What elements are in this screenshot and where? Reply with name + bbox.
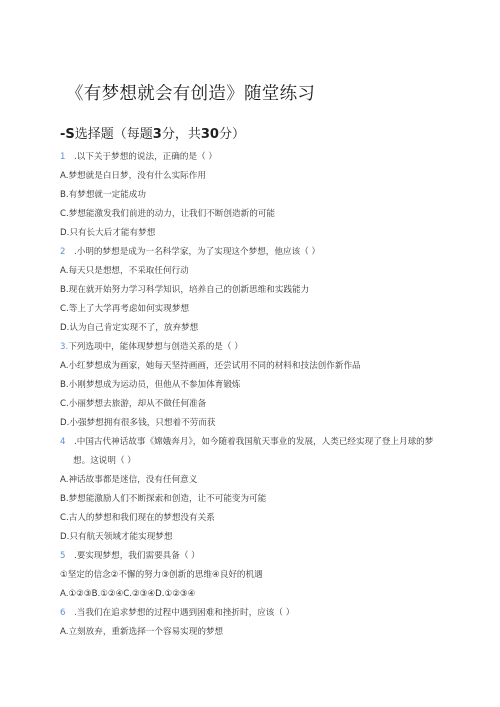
question-4-option-c: C.古人的梦想和我们现在的梦想没有关系: [60, 512, 215, 524]
question-text: .小明的梦想是成为一名科学家，为了实现这个梦想，他应该（ ）: [74, 247, 320, 257]
question-number: 6: [60, 607, 74, 619]
section-points-total: 30: [201, 127, 219, 142]
question-3-option-d: D.小强梦想拥有很多钱，只想着不劳而获: [60, 417, 215, 429]
question-4-stem: 4.中国古代神话故事《嫦娥奔月》，如今随着我国航天事业的发展，人类已经实现了登上…: [60, 436, 433, 448]
question-1-option-c: C.梦想能激发我们前进的动力，让我们不断创造新的可能: [60, 208, 275, 220]
question-5-stem: 5.要实现梦想，我们需要具备（ ）: [60, 550, 200, 562]
question-4-option-b: B.梦想能激励人们不断探索和创造，让不可能变为可能: [60, 493, 266, 505]
document-title: 《有梦想就会有创造》随堂练习: [66, 80, 315, 105]
question-4-stem-continued: 想。这说明（ ）: [73, 455, 136, 467]
question-5-options: A.①②③B.①②④C.②③④D.①②③④: [60, 588, 195, 600]
question-1-option-b: B.有梦想就一定能成功: [60, 189, 146, 201]
question-6-option-a: A.立刻放弃，重新选择一个容易实现的梦想: [60, 626, 223, 638]
section-heading: -S选择题（每题3分，共30分）: [60, 123, 245, 142]
question-2-option-d: D.认为自己肯定实现不了，放弃梦想: [60, 322, 198, 334]
question-1-stem: 1.以下关于梦想的说法，正确的是（ ）: [60, 151, 217, 163]
question-number: 4: [60, 436, 74, 448]
question-number: 3.: [60, 341, 68, 353]
question-number: 2: [60, 246, 74, 258]
question-text: .以下关于梦想的说法，正确的是（ ）: [74, 152, 217, 162]
question-number: 5: [60, 550, 74, 562]
question-text: 下列选项中，能体现梦想与创造关系的是（ ）: [68, 342, 243, 352]
question-number: 1: [60, 151, 74, 163]
section-prefix: -S: [60, 127, 75, 142]
worksheet-page: 《有梦想就会有创造》随堂练习 -S选择题（每题3分，共30分） 1.以下关于梦想…: [0, 0, 500, 707]
question-2-option-a: A.每天只是想想，不采取任何行动: [60, 265, 189, 277]
question-1-option-a: A.梦想就是白日梦，没有什么实际作用: [60, 170, 206, 182]
section-points-each: 3: [153, 127, 162, 142]
question-3-stem: 3.下列选项中，能体现梦想与创造关系的是（ ）: [60, 341, 243, 353]
question-3-option-a: A.小红梦想成为画家，她每天坚持画画，还尝试用不同的材料和技法创作新作品: [60, 360, 361, 372]
question-2-option-b: B.现在就开始努力学习科学知识，培养自己的创新思维和实践能力: [60, 284, 309, 296]
question-3-option-c: C.小丽梦想去旅游，却从不做任何准备: [60, 398, 206, 410]
question-text: .当我们在追求梦想的过程中遇到困难和挫折时，应该（ ）: [74, 608, 294, 618]
section-mid: 分，共: [162, 127, 201, 142]
section-suffix: 分）: [219, 127, 245, 142]
question-6-stem: 6.当我们在追求梦想的过程中遇到困难和挫折时，应该（ ）: [60, 607, 294, 619]
question-text: .要实现梦想，我们需要具备（ ）: [74, 551, 200, 561]
question-3-option-b: B.小刚梦想成为运动员，但他从不参加体育锻炼: [60, 379, 241, 391]
question-4-option-a: A.神话故事都是迷信，没有任何意义: [60, 474, 197, 486]
question-2-option-c: C.等上了大学再考虑如何实现梦想: [60, 303, 189, 315]
question-5-statements: ①坚定的信念②不懈的努力③创新的思维④良好的机遇: [60, 569, 263, 581]
question-4-option-d: D.只有航天领域才能实现梦想: [60, 531, 172, 543]
question-1-option-d: D.只有长大后才能有梦想: [60, 227, 155, 239]
section-label: 选择题（每题: [75, 127, 153, 142]
question-2-stem: 2.小明的梦想是成为一名科学家，为了实现这个梦想，他应该（ ）: [60, 246, 320, 258]
question-text: .中国古代神话故事《嫦娥奔月》，如今随着我国航天事业的发展，人类已经实现了登上月…: [74, 437, 433, 447]
